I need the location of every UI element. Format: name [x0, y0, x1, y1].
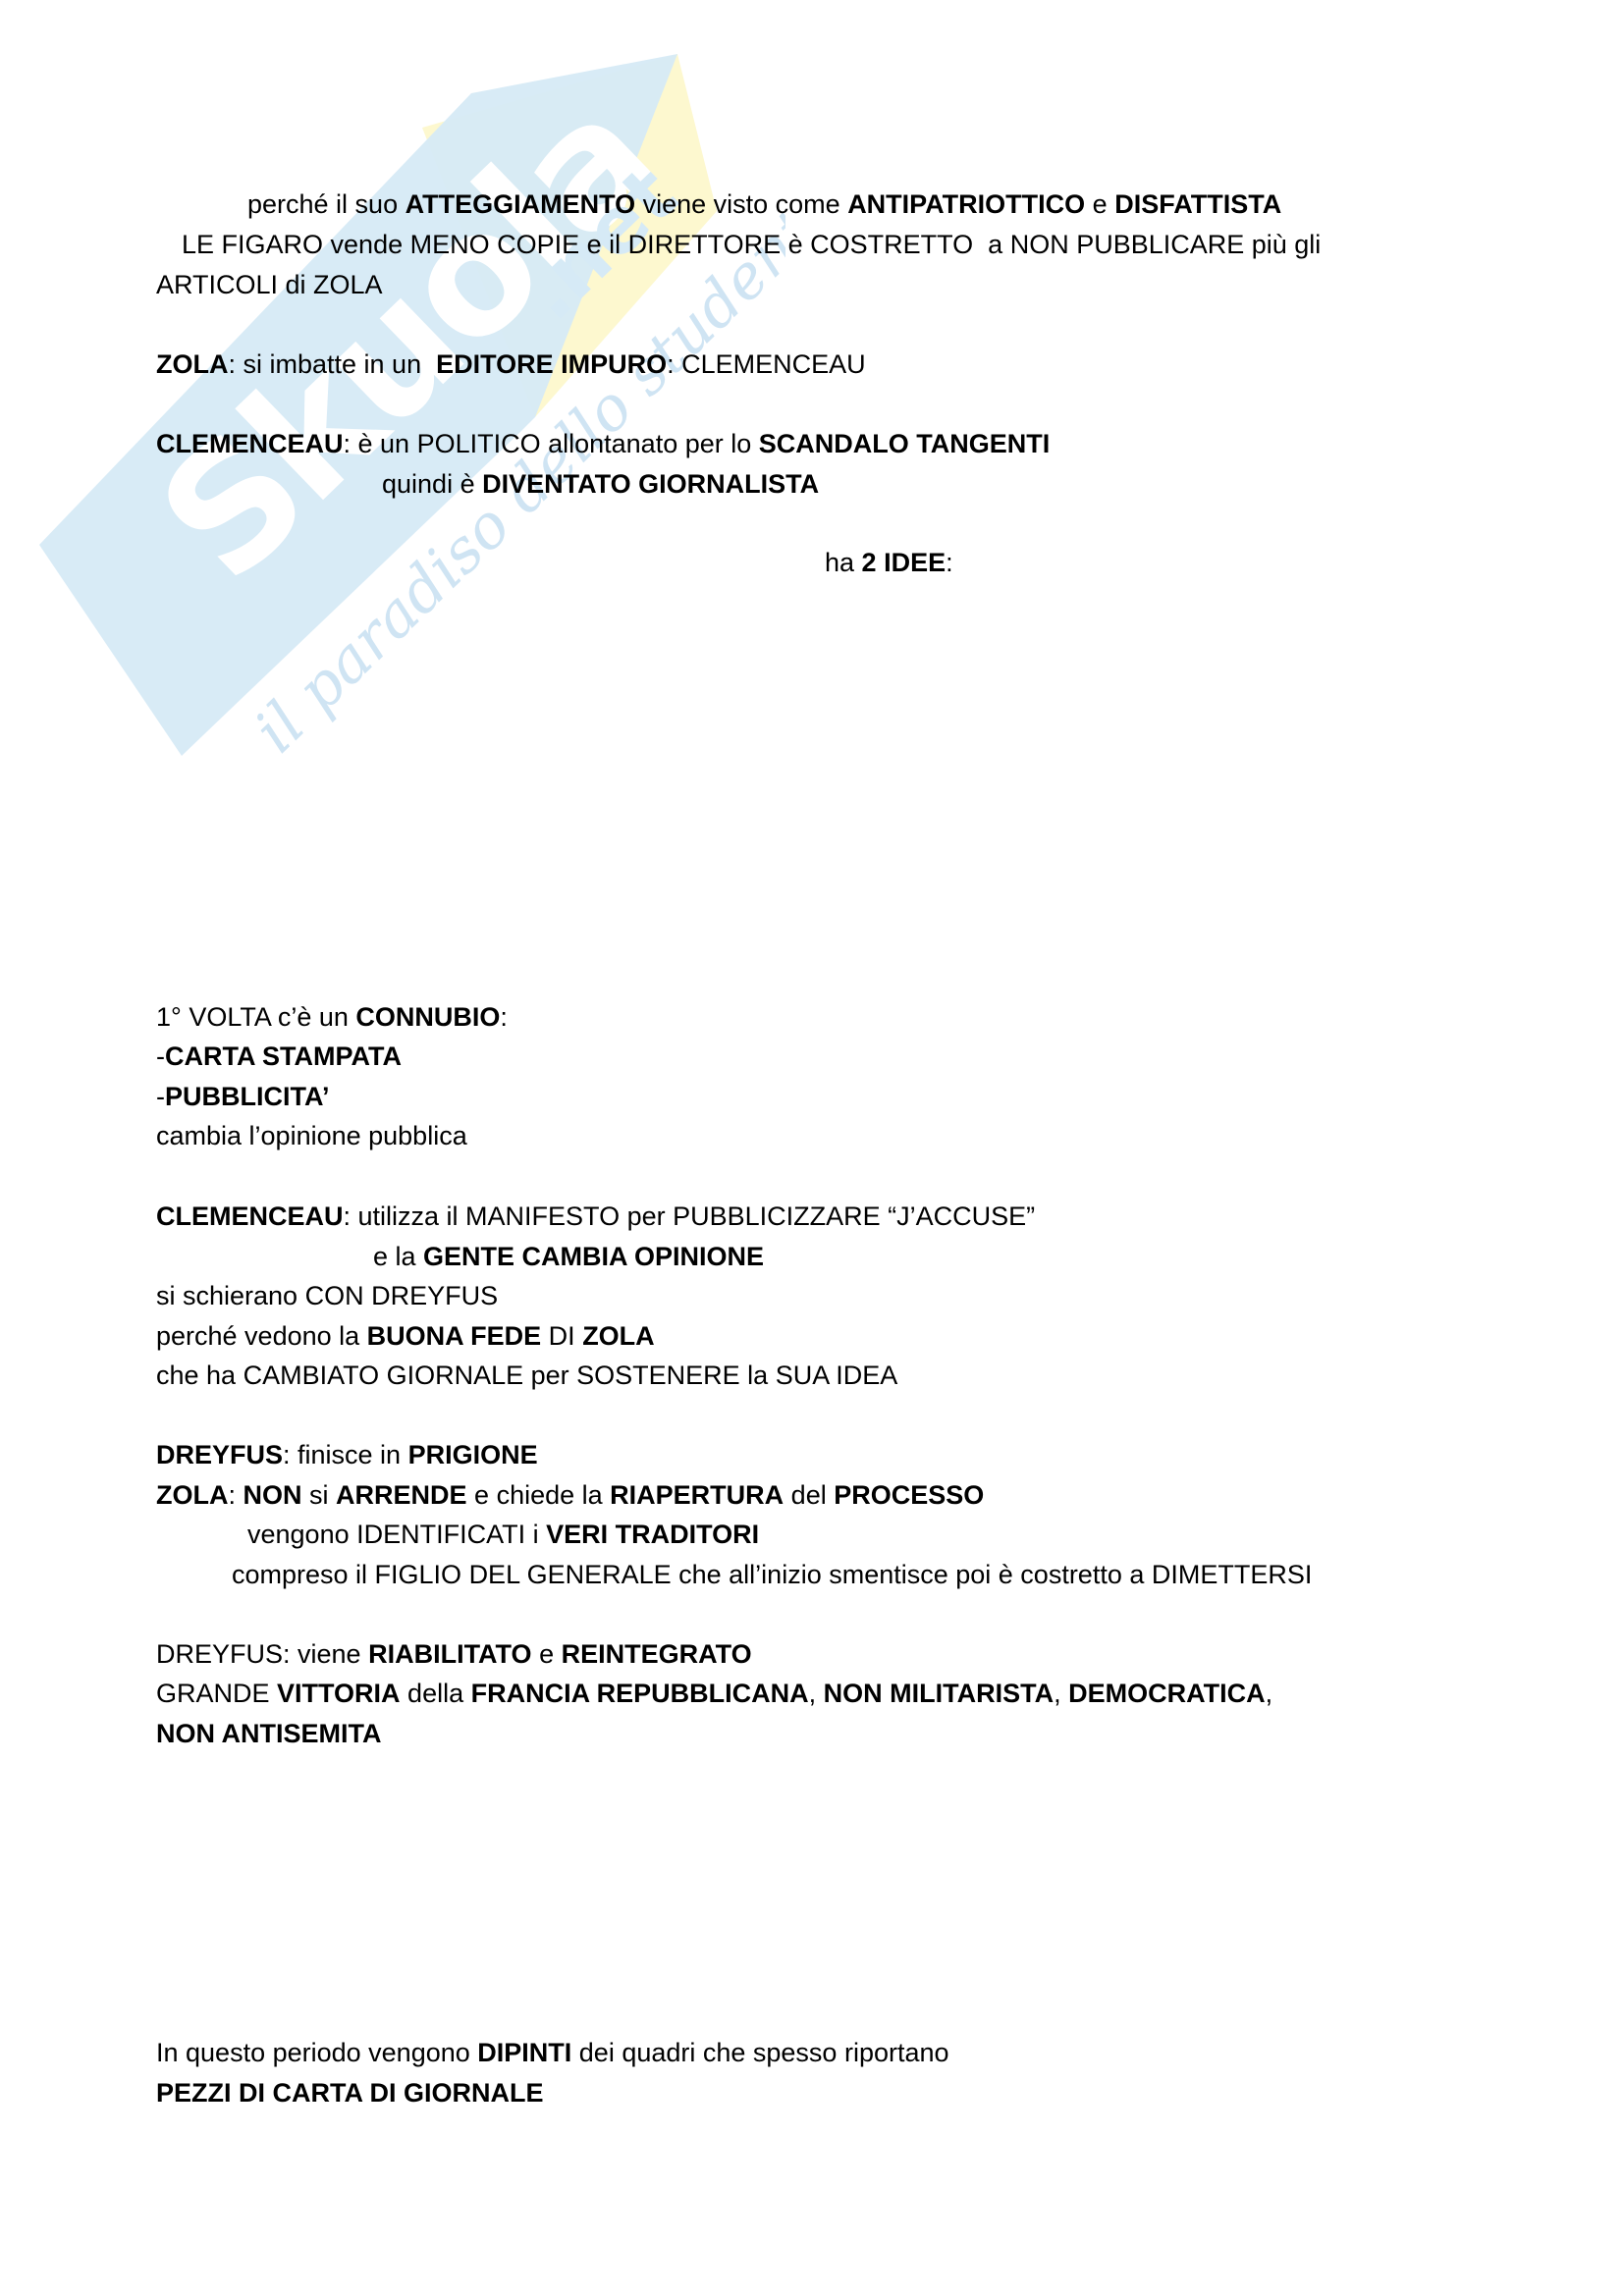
text-line: NON ANTISEMITA — [156, 1718, 382, 1749]
bold-text: GENTE CAMBIA OPINIONE — [423, 1242, 764, 1271]
watermark-blue-band — [39, 54, 677, 756]
list-item: -CARTA STAMPATA — [156, 1041, 402, 1072]
bold-text: ANTIPATRIOTTICO — [847, 189, 1085, 219]
bold-text: PROCESSO — [834, 1480, 984, 1510]
bold-text: DIVENTATO GIORNALISTA — [482, 469, 819, 499]
bold-text: CLEMENCEAU — [156, 1201, 344, 1231]
plain-text: e — [532, 1639, 562, 1669]
plain-text: compreso il FIGLIO DEL GENERALE che all’… — [232, 1560, 1312, 1589]
plain-text: LE FIGARO vende MENO COPIE e il DIRETTOR… — [182, 230, 1321, 259]
text-line: ha 2 IDEE: — [825, 547, 953, 578]
skuola-watermark: Skuola .net il paradiso dello studente — [0, 0, 785, 785]
plain-text: In questo periodo vengono — [156, 2038, 477, 2067]
plain-text: , — [809, 1679, 824, 1708]
plain-text: DREYFUS: viene — [156, 1639, 368, 1669]
plain-text: , — [1054, 1679, 1068, 1708]
plain-text: ARTICOLI di ZOLA — [156, 270, 383, 299]
bold-text: VERI TRADITORI — [546, 1520, 759, 1549]
text-line: In questo periodo vengono DIPINTI dei qu… — [156, 2037, 949, 2068]
list-item: -PUBBLICITA’ — [156, 1081, 330, 1112]
plain-text: si — [302, 1480, 337, 1510]
watermark-brand-text: Skuola — [124, 62, 690, 617]
plain-text: : finisce in — [283, 1440, 408, 1469]
bold-text: CARTA STAMPATA — [165, 1041, 402, 1071]
bold-text: DIPINTI — [477, 2038, 571, 2067]
bold-text: 2 IDEE — [862, 548, 947, 577]
bold-text: RIABILITATO — [368, 1639, 531, 1669]
plain-text: : — [946, 548, 953, 577]
bold-text: NON ANTISEMITA — [156, 1719, 382, 1748]
bold-text: NON MILITARISTA — [824, 1679, 1054, 1708]
text-line: CLEMENCEAU: è un POLITICO allontanato pe… — [156, 428, 1050, 459]
plain-text: si schierano CON DREYFUS — [156, 1281, 498, 1310]
text-line: GRANDE VITTORIA della FRANCIA REPUBBLICA… — [156, 1678, 1272, 1709]
bold-text: ZOLA — [156, 349, 229, 379]
plain-text: , — [1266, 1679, 1273, 1708]
text-line: PEZZI DI CARTA DI GIORNALE — [156, 2077, 544, 2109]
plain-text: dei quadri che spesso riportano — [571, 2038, 948, 2067]
plain-text: del — [784, 1480, 834, 1510]
text-line: CLEMENCEAU: utilizza il MANIFESTO per PU… — [156, 1201, 1035, 1232]
text-line: quindi è DIVENTATO GIORNALISTA — [382, 468, 819, 500]
plain-text: - — [156, 1082, 165, 1111]
text-line: LE FIGARO vende MENO COPIE e il DIRETTOR… — [182, 229, 1321, 260]
bold-text: DISFATTISTA — [1114, 189, 1281, 219]
plain-text: : utilizza il MANIFESTO per PUBBLICIZZAR… — [344, 1201, 1036, 1231]
bold-text: PRIGIONE — [408, 1440, 538, 1469]
plain-text: cambia l’opinione pubblica — [156, 1121, 467, 1150]
bold-text: BUONA FEDE — [367, 1321, 542, 1351]
text-line: perché il suo ATTEGGIAMENTO viene visto … — [247, 188, 1281, 220]
document-page: Skuola .net il paradiso dello studente p… — [0, 0, 1623, 2296]
text-line: 1° VOLTA c’è un CONNUBIO: — [156, 1001, 508, 1033]
plain-text: 1° VOLTA c’è un — [156, 1002, 355, 1032]
bold-text: CONNUBIO — [355, 1002, 500, 1032]
bold-text: PEZZI DI CARTA DI GIORNALE — [156, 2078, 544, 2108]
text-line: si schierano CON DREYFUS — [156, 1280, 498, 1311]
text-line: cambia l’opinione pubblica — [156, 1120, 467, 1151]
bold-text: DEMOCRATICA — [1068, 1679, 1265, 1708]
bold-text: ARRENDE — [336, 1480, 467, 1510]
text-line: vengono IDENTIFICATI i VERI TRADITORI — [247, 1519, 759, 1550]
bold-text: ZOLA — [156, 1480, 229, 1510]
plain-text: e — [1085, 189, 1114, 219]
bold-text: VITTORIA — [277, 1679, 401, 1708]
bold-text: ZOLA — [582, 1321, 655, 1351]
bold-text: REINTEGRATO — [562, 1639, 752, 1669]
bold-text: DREYFUS — [156, 1440, 283, 1469]
plain-text: vengono IDENTIFICATI i — [247, 1520, 546, 1549]
plain-text: : è un POLITICO allontanato per lo — [344, 429, 759, 458]
plain-text: : — [500, 1002, 508, 1032]
text-line: ARTICOLI di ZOLA — [156, 269, 383, 300]
plain-text: perché vedono la — [156, 1321, 367, 1351]
plain-text: : si imbatte in un — [229, 349, 437, 379]
text-line: perché vedono la BUONA FEDE DI ZOLA — [156, 1320, 655, 1352]
bold-text: ATTEGGIAMENTO — [406, 189, 636, 219]
bold-text: PUBBLICITA’ — [165, 1082, 330, 1111]
plain-text: quindi è — [382, 469, 482, 499]
text-line: DREYFUS: finisce in PRIGIONE — [156, 1439, 538, 1470]
plain-text: - — [156, 1041, 165, 1071]
text-line: DREYFUS: viene RIABILITATO e REINTEGRATO — [156, 1638, 752, 1670]
bold-text: SCANDALO TANGENTI — [759, 429, 1051, 458]
bold-text: EDITORE IMPURO — [436, 349, 667, 379]
bold-text: NON — [243, 1480, 302, 1510]
plain-text: e chiede la — [467, 1480, 611, 1510]
plain-text: : — [229, 1480, 243, 1510]
text-line: ZOLA: si imbatte in un EDITORE IMPURO: C… — [156, 348, 866, 380]
plain-text: della — [401, 1679, 471, 1708]
text-line: ZOLA: NON si ARRENDE e chiede la RIAPERT… — [156, 1479, 984, 1511]
plain-text: ha — [825, 548, 862, 577]
plain-text: viene visto come — [635, 189, 847, 219]
plain-text: perché il suo — [247, 189, 406, 219]
bold-text: FRANCIA REPUBBLICANA — [471, 1679, 809, 1708]
plain-text: e la — [373, 1242, 423, 1271]
bold-text: RIAPERTURA — [610, 1480, 784, 1510]
plain-text: DI — [541, 1321, 582, 1351]
plain-text: che ha CAMBIATO GIORNALE per SOSTENERE l… — [156, 1361, 897, 1390]
bold-text: CLEMENCEAU — [156, 429, 344, 458]
plain-text: GRANDE — [156, 1679, 277, 1708]
text-line: compreso il FIGLIO DEL GENERALE che all’… — [232, 1559, 1312, 1590]
plain-text: : CLEMENCEAU — [667, 349, 866, 379]
text-line: e la GENTE CAMBIA OPINIONE — [373, 1241, 764, 1272]
text-line: che ha CAMBIATO GIORNALE per SOSTENERE l… — [156, 1360, 897, 1391]
